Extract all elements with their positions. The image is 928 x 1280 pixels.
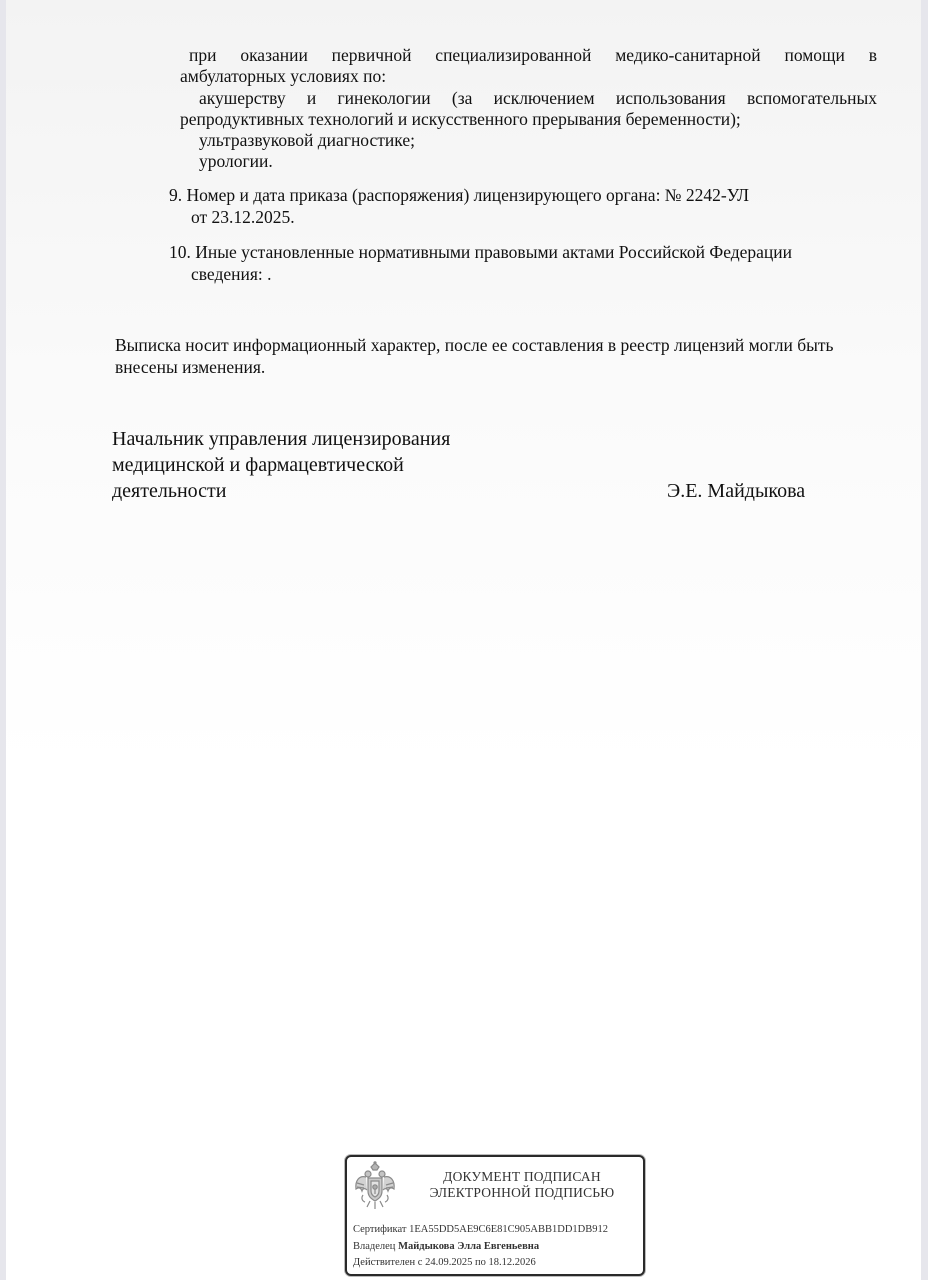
signer-position-line-3: деятельности [112,478,227,504]
section-10-line-2: сведения: . [191,264,272,285]
owner-value: Майдыкова Элла Евгеньевна [398,1241,539,1252]
section-9-number: 9. [169,185,182,205]
item-ultrasound: ультразвуковой диагностике; [199,130,415,151]
intro-line-1: при оказании первичной специализированно… [189,45,877,66]
item-obgyn-line-1: акушерству и гинекологии (за исключением… [199,88,877,109]
section-9-line-1: 9. Номер и дата приказа (распоряжения) л… [169,185,749,206]
signer-name: Э.Е. Майдыкова [667,478,805,504]
section-9-text: Номер и дата приказа (распоряжения) лице… [187,185,750,205]
stamp-title-line-1: ДОКУМЕНТ ПОДПИСАН [407,1169,637,1185]
certificate-label: Сертификат [353,1224,406,1235]
section-10-line-1: 10. Иные установленные нормативными прав… [169,242,792,263]
item-obgyn-line-2: репродуктивных технологий и искусственно… [180,109,741,130]
stamp-title: ДОКУМЕНТ ПОДПИСАН ЭЛЕКТРОННОЙ ПОДПИСЬЮ [407,1169,637,1201]
stamp-validity: Действителен с 24.09.2025 по 18.12.2026 [353,1256,536,1269]
stamp-owner: Владелец Майдыкова Элла Евгеньевна [353,1240,539,1253]
stamp-title-line-2: ЭЛЕКТРОННОЙ ПОДПИСЬЮ [407,1185,637,1201]
certificate-value: 1EA55DD5AE9C6E81C905ABB1DD1DB912 [409,1224,608,1235]
section-10-number: 10. [169,242,191,262]
document-page: при оказании первичной специализированно… [6,0,921,1280]
signer-position-line-2: медицинской и фармацевтической [112,452,404,478]
owner-label: Владелец [353,1241,395,1252]
stamp-certificate: Сертификат 1EA55DD5AE9C6E81C905ABB1DD1DB… [353,1223,608,1236]
electronic-signature-stamp: ДОКУМЕНТ ПОДПИСАН ЭЛЕКТРОННОЙ ПОДПИСЬЮ С… [345,1155,645,1276]
section-10-text: Иные установленные нормативными правовым… [195,242,792,262]
disclaimer-line-1: Выписка носит информационный характер, п… [115,335,833,356]
russian-eagle-emblem-icon [353,1161,397,1211]
disclaimer-line-2: внесены изменения. [115,357,265,378]
intro-line-2: амбулаторных условиях по: [180,66,386,87]
signer-position-line-1: Начальник управления лицензирования [112,426,450,452]
section-9-line-2: от 23.12.2025. [191,207,295,228]
item-urology: урологии. [199,151,273,172]
